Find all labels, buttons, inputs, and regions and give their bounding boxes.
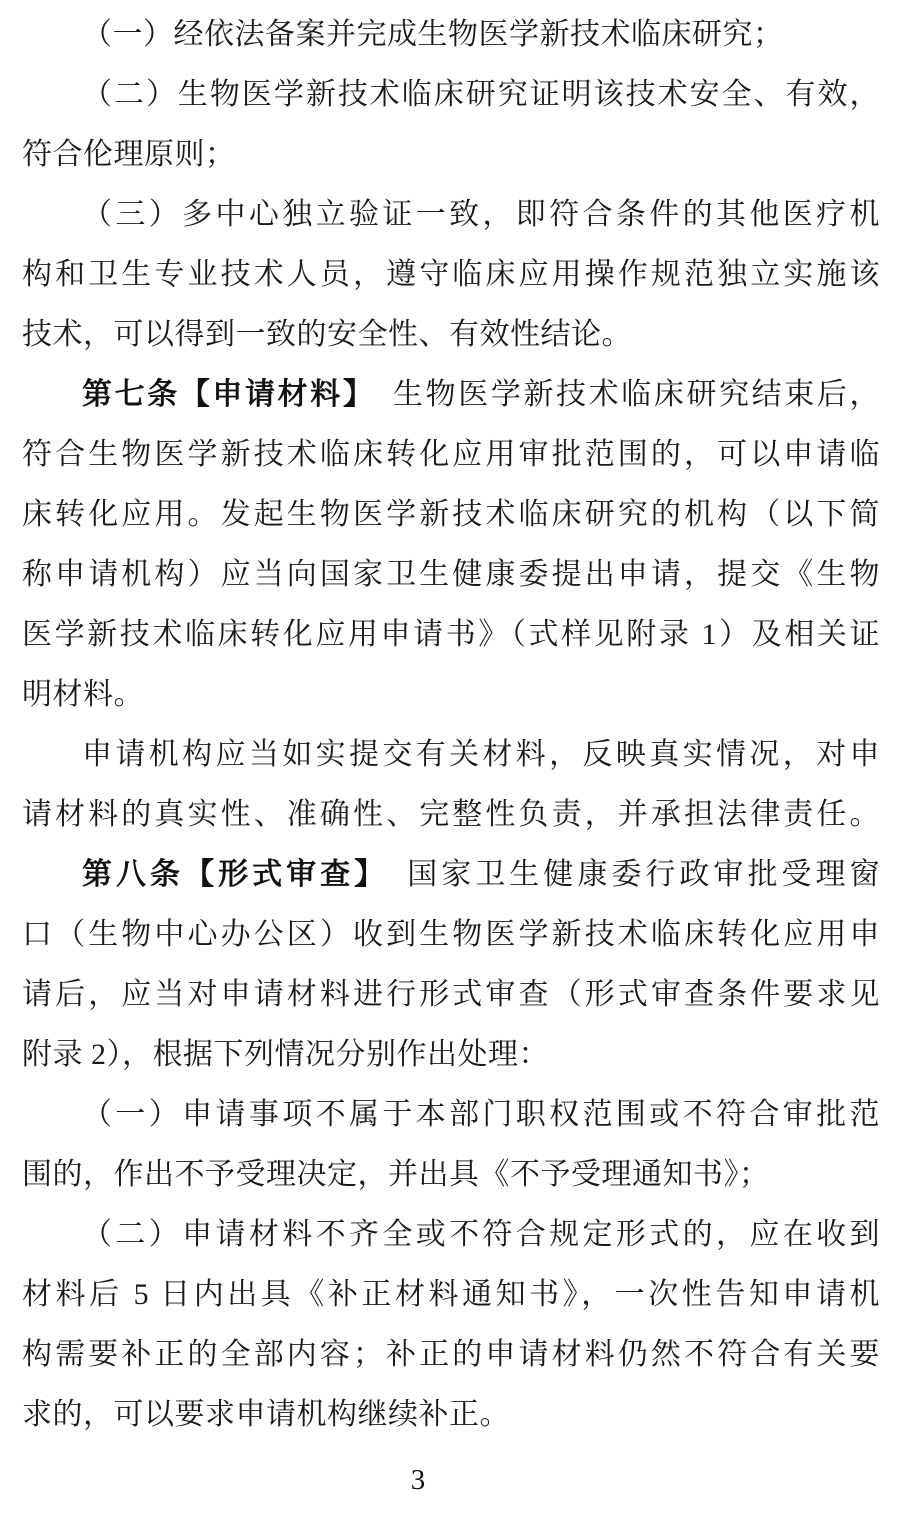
- text-line: 申请机构应当如实提交有关材料，反映真实情况，对申: [22, 725, 880, 785]
- line-text: （二）生物医学新技术临床研究证明该技术安全、有效，: [82, 78, 880, 111]
- line-text: 技术，可以得到一致的安全性、有效性结论。: [22, 318, 632, 351]
- line-text: （一）经依法备案并完成生物医学新技术临床研究；: [82, 18, 784, 51]
- line-text: 附录 2），根据下列情况分别作出处理：: [22, 1038, 549, 1071]
- line-text: 请材料的真实性、准确性、完整性负责，并承担法律责任。: [22, 798, 880, 831]
- text-line: 符合生物医学新技术临床转化应用审批范围的，可以申请临: [22, 425, 880, 485]
- line-text: （一）申请事项不属于本部门职权范围或不符合审批范: [82, 1098, 880, 1131]
- line-text: 床转化应用。发起生物医学新技术临床研究的机构（以下简: [22, 498, 880, 531]
- line-text: 医学新技术临床转化应用申请书》（式样见附录 1）及相关证: [22, 618, 880, 651]
- text-line: 第七条【申请材料】 生物医学新技术临床研究结束后，: [22, 365, 880, 425]
- text-line: 明材料。: [22, 665, 880, 725]
- text-line: 材料后 5 日内出具《补正材料通知书》，一次性告知申请机: [22, 1265, 880, 1325]
- text-line: 符合伦理原则；: [22, 125, 880, 185]
- line-text: 生物医学新技术临床研究结束后，: [360, 378, 880, 411]
- text-line: 技术，可以得到一致的安全性、有效性结论。: [22, 305, 880, 365]
- text-line: 围的，作出不予受理决定，并出具《不予受理通知书》；: [22, 1145, 880, 1205]
- text-line: （二）生物医学新技术临床研究证明该技术安全、有效，: [22, 65, 880, 125]
- text-line: （三）多中心独立验证一致，即符合条件的其他医疗机: [22, 185, 880, 245]
- line-text: 请后，应当对申请材料进行形式审查（形式审查条件要求见: [22, 978, 880, 1011]
- line-text: 构和卫生专业技术人员，遵守临床应用操作规范独立实施该: [22, 258, 880, 291]
- line-text: （三）多中心独立验证一致，即符合条件的其他医疗机: [82, 198, 880, 231]
- line-text: 国家卫生健康委行政审批受理窗: [373, 858, 880, 891]
- article-8-heading: 第八条【形式审查】: [82, 858, 373, 891]
- line-text: 称申请机构）应当向国家卫生健康委提出申请，提交《生物: [22, 558, 880, 591]
- text-line: 请材料的真实性、准确性、完整性负责，并承担法律责任。: [22, 785, 880, 845]
- text-line: 构和卫生专业技术人员，遵守临床应用操作规范独立实施该: [22, 245, 880, 305]
- line-text: （二）申请材料不齐全或不符合规定形式的，应在收到: [82, 1218, 880, 1251]
- line-text: 明材料。: [22, 678, 144, 711]
- page-number: 3: [0, 1459, 847, 1501]
- line-text: 围的，作出不予受理决定，并出具《不予受理通知书》；: [22, 1158, 770, 1191]
- line-text: 申请机构应当如实提交有关材料，反映真实情况，对申: [82, 738, 880, 771]
- text-line: 口（生物中心办公区）收到生物医学新技术临床转化应用申: [22, 905, 880, 965]
- text-line: 医学新技术临床转化应用申请书》（式样见附录 1）及相关证: [22, 605, 880, 665]
- article-7-heading: 第七条【申请材料】: [82, 378, 360, 411]
- text-line: 求的，可以要求申请机构继续补正。: [22, 1385, 880, 1445]
- line-text: 构需要补正的全部内容；补正的申请材料仍然不符合有关要: [22, 1338, 880, 1371]
- text-line: （一）申请事项不属于本部门职权范围或不符合审批范: [22, 1085, 880, 1145]
- text-line: （一）经依法备案并完成生物医学新技术临床研究；: [22, 5, 880, 65]
- text-line: 称申请机构）应当向国家卫生健康委提出申请，提交《生物: [22, 545, 880, 605]
- line-text: 符合生物医学新技术临床转化应用审批范围的，可以申请临: [22, 438, 880, 471]
- document-page: （一）经依法备案并完成生物医学新技术临床研究； （二）生物医学新技术临床研究证明…: [0, 0, 900, 1526]
- text-line: 构需要补正的全部内容；补正的申请材料仍然不符合有关要: [22, 1325, 880, 1385]
- text-line: 第八条【形式审查】 国家卫生健康委行政审批受理窗: [22, 845, 880, 905]
- text-line: （二）申请材料不齐全或不符合规定形式的，应在收到: [22, 1205, 880, 1265]
- text-line: 请后，应当对申请材料进行形式审查（形式审查条件要求见: [22, 965, 880, 1025]
- text-line: 床转化应用。发起生物医学新技术临床研究的机构（以下简: [22, 485, 880, 545]
- line-text: 符合伦理原则；: [22, 138, 236, 171]
- line-text: 材料后 5 日内出具《补正材料通知书》，一次性告知申请机: [22, 1278, 880, 1311]
- line-text: 求的，可以要求申请机构继续补正。: [22, 1398, 510, 1431]
- text-line: 附录 2），根据下列情况分别作出处理：: [22, 1025, 880, 1085]
- line-text: 口（生物中心办公区）收到生物医学新技术临床转化应用申: [22, 918, 880, 951]
